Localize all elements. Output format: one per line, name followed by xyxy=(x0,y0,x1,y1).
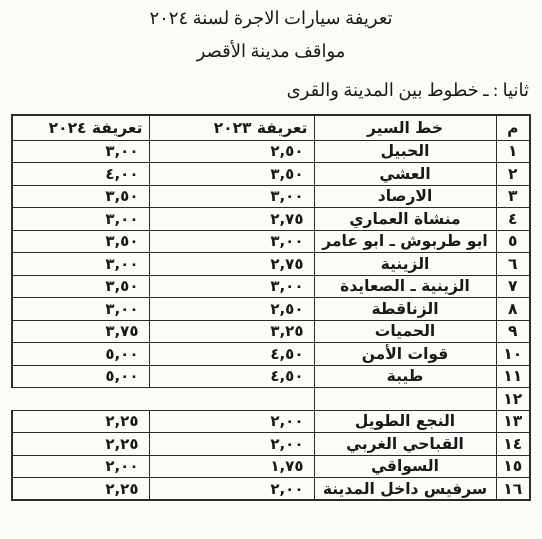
table-row: ١٠ قوات الأمن ٤,٥٠ ٥,٠٠ xyxy=(12,343,530,366)
table-row: ٨ الزناقطة ٢,٥٠ ٣,٠٠ xyxy=(12,298,530,321)
cell-tariff-2023: ٢,٠٠ xyxy=(149,410,314,433)
cell-route: السواقي xyxy=(314,455,496,478)
table-row: ١١ طيبة ٤,٥٠ ٥,٠٠ xyxy=(12,365,530,388)
table-row: ١٥ السواقي ١,٧٥ ٢,٠٠ xyxy=(12,455,530,478)
cell-index: ٦ xyxy=(496,253,530,276)
cell-tariff-2024: ٣,٧٥ xyxy=(12,320,149,343)
table-row: ١٤ القباحي الغربي ٢,٠٠ ٢,٢٥ xyxy=(12,433,530,456)
cell-route: الحبيل xyxy=(314,140,496,163)
cell-tariff-2023: ٤,٥٠ xyxy=(149,343,314,366)
cell-tariff-2023: ٢,٠٠ xyxy=(149,478,314,501)
cell-index: ١٠ xyxy=(496,343,530,366)
cell-route: منشاة العماري xyxy=(314,208,496,231)
table-row: ٢ العشي ٣,٥٠ ٤,٠٠ xyxy=(12,163,530,186)
cell-tariff-2024: ٢,٢٥ xyxy=(12,478,149,501)
cell-tariff-2023: ٣,٢٥ xyxy=(149,320,314,343)
cell-tariff-2024: ٣,٥٠ xyxy=(12,230,149,253)
cell-index: ٢ xyxy=(496,163,530,186)
cell-tariff-2023: ٣,٠٠ xyxy=(149,275,314,298)
cell-tariff-2024: ٣,٠٠ xyxy=(12,208,149,231)
cell-route: الارصاد xyxy=(314,185,496,208)
cell-index: ١٢ xyxy=(496,388,530,411)
cell-route: سرفيس داخل المدينة xyxy=(314,478,496,501)
table-row: ٤ منشاة العماري ٢,٧٥ ٣,٠٠ xyxy=(12,208,530,231)
table-row: ٩ الحميات ٣,٢٥ ٣,٧٥ xyxy=(12,320,530,343)
column-header-index: م xyxy=(496,115,530,140)
cell-route: الزينية ـ الصعايدة xyxy=(314,275,496,298)
cell-route: الحميات xyxy=(314,320,496,343)
cell-tariff-2024: ٢,٠٠ xyxy=(12,455,149,478)
cell-tariff-2024: ٥,٠٠ xyxy=(12,365,149,388)
cell-tariff-2023: ٢,٧٥ xyxy=(149,253,314,276)
cell-index: ١٤ xyxy=(496,433,530,456)
cell-tariff-2023: ٢,٠٠ xyxy=(149,433,314,456)
table-row: ١ الحبيل ٢,٥٠ ٣,٠٠ xyxy=(12,140,530,163)
column-header-tariff-2024: تعريفة ٢٠٢٤ xyxy=(12,115,149,140)
table-row: ٥ ابو طربوش ـ ابو عامر ٣,٠٠ ٣,٥٠ xyxy=(12,230,530,253)
cell-index: ١٣ xyxy=(496,410,530,433)
cell-tariff-2023: ٣,٥٠ xyxy=(149,163,314,186)
cell-route: العشي xyxy=(314,163,496,186)
section-heading: ثانيا : ـ خطوط بين المدينة والقرى xyxy=(0,78,542,102)
cell-tariff-2023: ٣,٠٠ xyxy=(149,230,314,253)
cell-tariff-2023: ٣,٠٠ xyxy=(149,185,314,208)
cell-route: قوات الأمن xyxy=(314,343,496,366)
cell-tariff-2024: ٢,٢٥ xyxy=(12,410,149,433)
cell-tariff-2024: ٢,٢٥ xyxy=(12,433,149,456)
cell-tariff-2024: ٣,٥٠ xyxy=(12,185,149,208)
cell-route xyxy=(314,388,496,411)
cell-index: ٣ xyxy=(496,185,530,208)
fare-table-head: م خط السير تعريفة ٢٠٢٣ تعريفة ٢٠٢٤ xyxy=(12,115,530,140)
cell-tariff-2023: ٢,٥٠ xyxy=(149,298,314,321)
cell-route: النجع الطويل xyxy=(314,410,496,433)
document-title: تعريفة سيارات الاجرة لسنة ٢٠٢٤ xyxy=(0,0,542,29)
document-page: تعريفة سيارات الاجرة لسنة ٢٠٢٤ مواقف مدي… xyxy=(0,0,542,539)
cell-index: ١٦ xyxy=(496,478,530,501)
table-row: ١٢ xyxy=(12,388,530,411)
cell-tariff-2024: ٣,٠٠ xyxy=(12,253,149,276)
cell-tariff-2024 xyxy=(12,388,149,411)
cell-route: طيبة xyxy=(314,365,496,388)
cell-index: ٩ xyxy=(496,320,530,343)
fare-table: م خط السير تعريفة ٢٠٢٣ تعريفة ٢٠٢٤ ١ الح… xyxy=(11,114,531,501)
cell-index: ٤ xyxy=(496,208,530,231)
column-header-route: خط السير xyxy=(314,115,496,140)
cell-index: ١٥ xyxy=(496,455,530,478)
cell-tariff-2024: ٣,٠٠ xyxy=(12,298,149,321)
cell-tariff-2024: ٤,٠٠ xyxy=(12,163,149,186)
cell-tariff-2024: ٥,٠٠ xyxy=(12,343,149,366)
cell-route: ابو طربوش ـ ابو عامر xyxy=(314,230,496,253)
cell-tariff-2023: ١,٧٥ xyxy=(149,455,314,478)
cell-tariff-2023 xyxy=(149,388,314,411)
table-row: ١٦ سرفيس داخل المدينة ٢,٠٠ ٢,٢٥ xyxy=(12,478,530,501)
cell-index: ١١ xyxy=(496,365,530,388)
cell-index: ٥ xyxy=(496,230,530,253)
cell-tariff-2023: ٢,٧٥ xyxy=(149,208,314,231)
table-row: ١٣ النجع الطويل ٢,٠٠ ٢,٢٥ xyxy=(12,410,530,433)
document-subtitle: مواقف مدينة الأقصر xyxy=(0,40,542,62)
header-row: م خط السير تعريفة ٢٠٢٣ تعريفة ٢٠٢٤ xyxy=(12,115,530,140)
cell-tariff-2023: ٤,٥٠ xyxy=(149,365,314,388)
cell-route: الزناقطة xyxy=(314,298,496,321)
cell-route: القباحي الغربي xyxy=(314,433,496,456)
table-row: ٦ الزينية ٢,٧٥ ٣,٠٠ xyxy=(12,253,530,276)
cell-index: ٧ xyxy=(496,275,530,298)
cell-tariff-2024: ٣,٠٠ xyxy=(12,140,149,163)
cell-route: الزينية xyxy=(314,253,496,276)
column-header-tariff-2023: تعريفة ٢٠٢٣ xyxy=(149,115,314,140)
cell-index: ١ xyxy=(496,140,530,163)
table-row: ٧ الزينية ـ الصعايدة ٣,٠٠ ٣,٥٠ xyxy=(12,275,530,298)
cell-tariff-2023: ٢,٥٠ xyxy=(149,140,314,163)
table-row: ٣ الارصاد ٣,٠٠ ٣,٥٠ xyxy=(12,185,530,208)
cell-tariff-2024: ٣,٥٠ xyxy=(12,275,149,298)
fare-table-body: ١ الحبيل ٢,٥٠ ٣,٠٠ ٢ العشي ٣,٥٠ ٤,٠٠ ٣ ا… xyxy=(12,140,530,500)
cell-index: ٨ xyxy=(496,298,530,321)
